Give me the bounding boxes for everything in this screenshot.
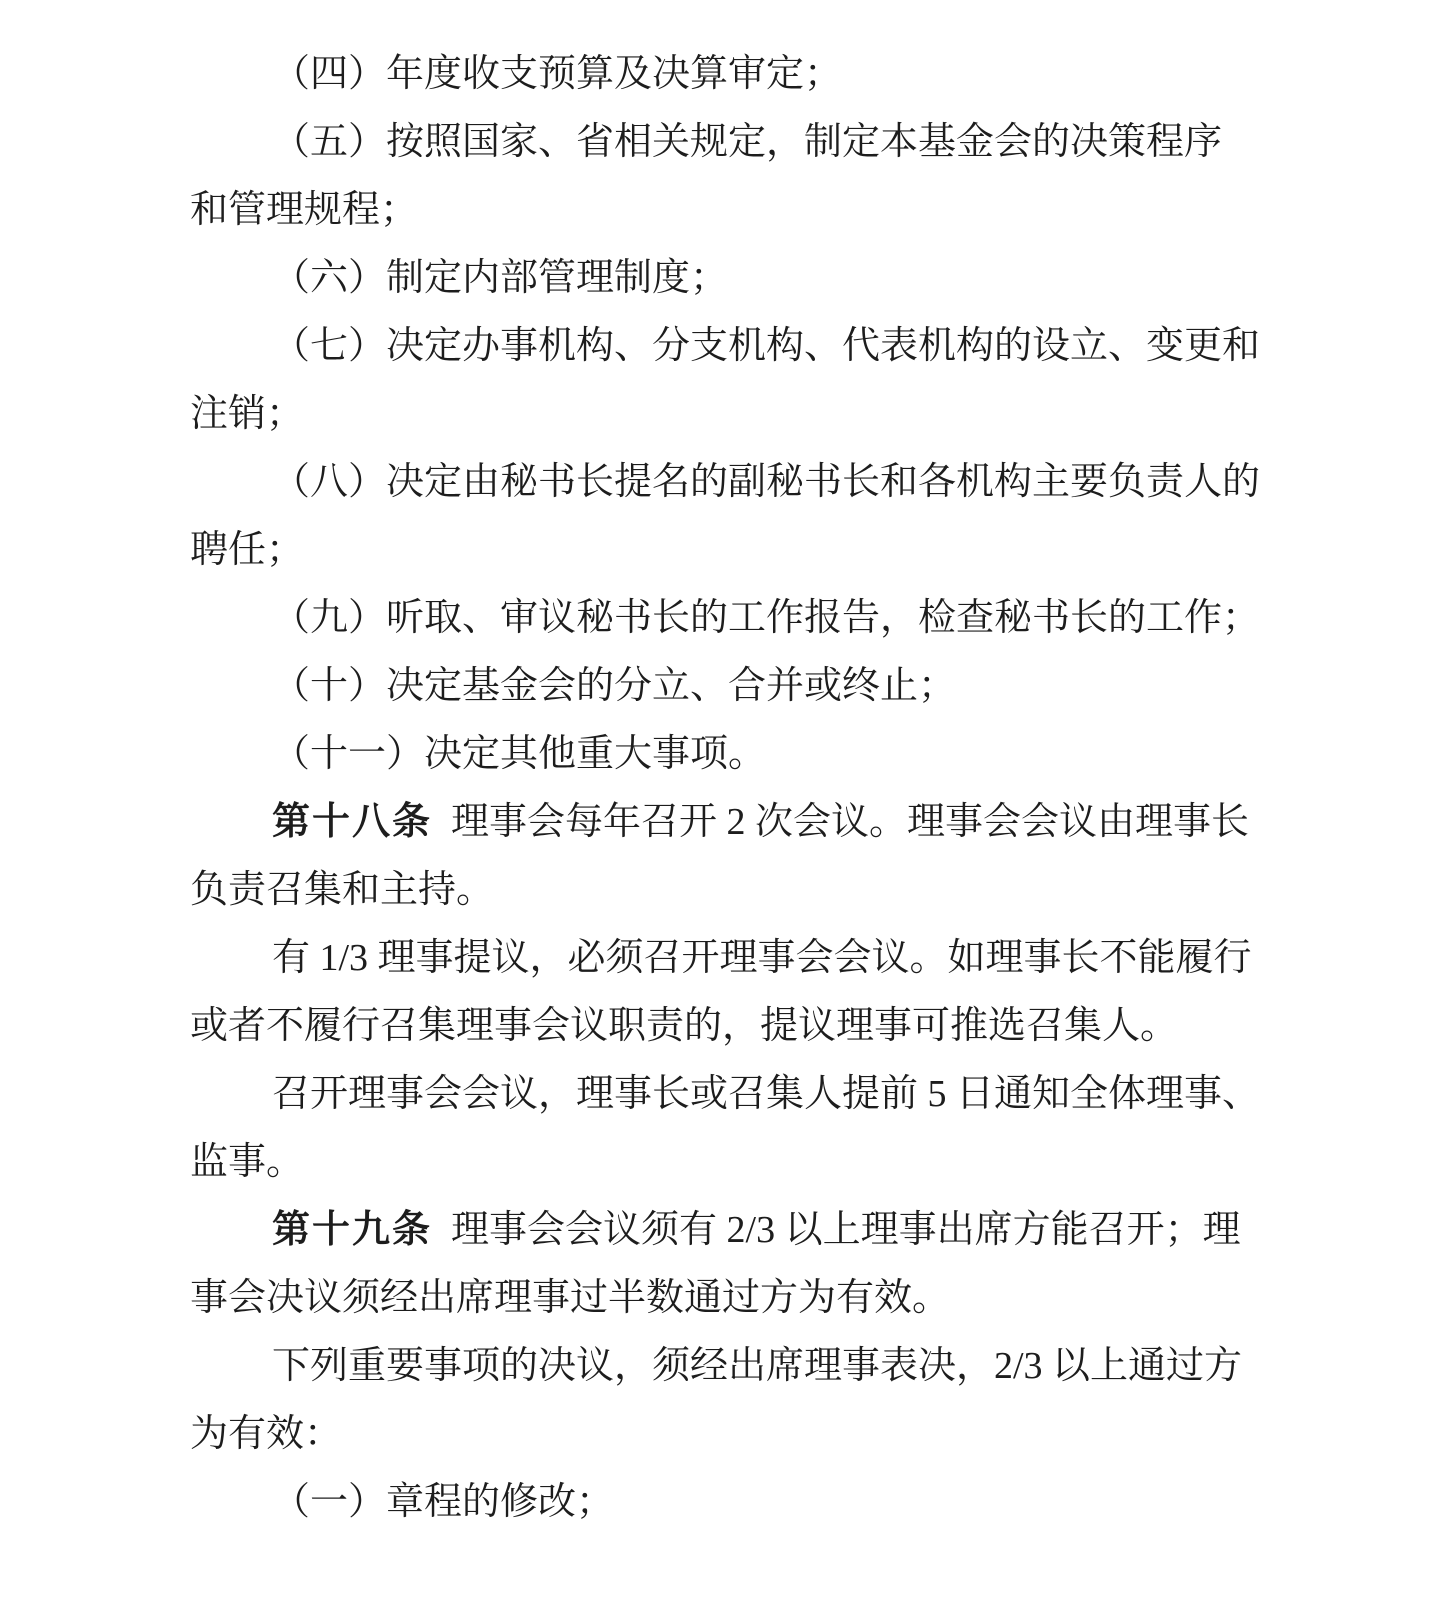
paragraph: （十）决定基金会的分立、合并或终止； (190, 652, 1252, 720)
paragraph: 第十八条理事会每年召开 2 次会议。理事会会议由理事长负责召集和主持。 (190, 788, 1252, 924)
line-text: 聘任； (190, 529, 304, 571)
paragraph: 下列重要事项的决议，须经出席理事表决，2/3 以上通过方为有效： (190, 1332, 1252, 1468)
paragraph: 第十九条理事会会议须有 2/3 以上理事出席方能召开；理事会决议须经出席理事过半… (190, 1196, 1252, 1332)
paragraph: （七）决定办事机构、分支机构、代表机构的设立、变更和注销； (190, 312, 1252, 448)
line-text: （九）听取、审议秘书长的工作报告，检查秘书长的工作； (272, 597, 1260, 639)
document-line: 第十八条理事会每年召开 2 次会议。理事会会议由理事长 (190, 788, 1252, 856)
line-text: 下列重要事项的决议，须经出席理事表决，2/3 以上通过方 (272, 1345, 1242, 1387)
paragraph: （六）制定内部管理制度； (190, 244, 1252, 312)
document-line: 和管理规程； (190, 176, 1252, 244)
document-page: （四）年度收支预算及决算审定；（五）按照国家、省相关规定，制定本基金会的决策程序… (0, 0, 1437, 1600)
line-text: （一）章程的修改； (272, 1481, 614, 1523)
document-line: （七）决定办事机构、分支机构、代表机构的设立、变更和 (190, 312, 1252, 380)
document-line: 注销； (190, 380, 1252, 448)
document-line: 或者不履行召集理事会议职责的，提议理事可推选召集人。 (190, 992, 1252, 1060)
document-line: （一）章程的修改； (190, 1468, 1252, 1536)
paragraph: （四）年度收支预算及决算审定； (190, 40, 1252, 108)
line-text: 监事。 (190, 1141, 304, 1183)
line-text: 召开理事会会议，理事长或召集人提前 5 日通知全体理事、 (272, 1073, 1260, 1115)
line-text: （八）决定由秘书长提名的副秘书长和各机构主要负责人的 (272, 461, 1260, 503)
line-text: （十一）决定其他重大事项。 (272, 733, 766, 775)
line-text: 负责召集和主持。 (190, 869, 494, 911)
line-text: （六）制定内部管理制度； (272, 257, 728, 299)
document-line: 为有效： (190, 1400, 1252, 1468)
document-line: 聘任； (190, 516, 1252, 584)
paragraph: （九）听取、审议秘书长的工作报告，检查秘书长的工作； (190, 584, 1252, 652)
line-text: 或者不履行召集理事会议职责的，提议理事可推选召集人。 (190, 1005, 1178, 1047)
document-line: 下列重要事项的决议，须经出席理事表决，2/3 以上通过方 (190, 1332, 1252, 1400)
line-text: 注销； (190, 393, 304, 435)
article-number: 第十八条 (272, 801, 432, 843)
document-line: （六）制定内部管理制度； (190, 244, 1252, 312)
paragraph: （五）按照国家、省相关规定，制定本基金会的决策程序和管理规程； (190, 108, 1252, 244)
paragraph: 召开理事会会议，理事长或召集人提前 5 日通知全体理事、监事。 (190, 1060, 1252, 1196)
line-text: 为有效： (190, 1413, 342, 1455)
line-text: 事会决议须经出席理事过半数通过方为有效。 (190, 1277, 950, 1319)
document-line: （四）年度收支预算及决算审定； (190, 40, 1252, 108)
document-line: 负责召集和主持。 (190, 856, 1252, 924)
document-line: （十）决定基金会的分立、合并或终止； (190, 652, 1252, 720)
document-line: （八）决定由秘书长提名的副秘书长和各机构主要负责人的 (190, 448, 1252, 516)
line-text: （七）决定办事机构、分支机构、代表机构的设立、变更和 (272, 325, 1260, 367)
line-text: 理事会会议须有 2/3 以上理事出席方能召开；理 (451, 1209, 1241, 1251)
document-line: （十一）决定其他重大事项。 (190, 720, 1252, 788)
line-text: （十）决定基金会的分立、合并或终止； (272, 665, 956, 707)
document-line: 第十九条理事会会议须有 2/3 以上理事出席方能召开；理 (190, 1196, 1252, 1264)
document-text: （四）年度收支预算及决算审定；（五）按照国家、省相关规定，制定本基金会的决策程序… (190, 40, 1252, 1536)
line-text: （五）按照国家、省相关规定，制定本基金会的决策程序 (272, 121, 1222, 163)
line-text: 理事会每年召开 2 次会议。理事会会议由理事长 (451, 801, 1249, 843)
document-line: 有 1/3 理事提议，必须召开理事会会议。如理事长不能履行 (190, 924, 1252, 992)
line-text: 有 1/3 理事提议，必须召开理事会会议。如理事长不能履行 (272, 937, 1252, 979)
paragraph: （十一）决定其他重大事项。 (190, 720, 1252, 788)
paragraph: 有 1/3 理事提议，必须召开理事会会议。如理事长不能履行或者不履行召集理事会议… (190, 924, 1252, 1060)
article-number: 第十九条 (272, 1209, 432, 1251)
document-line: （五）按照国家、省相关规定，制定本基金会的决策程序 (190, 108, 1252, 176)
paragraph: （一）章程的修改； (190, 1468, 1252, 1536)
document-line: 召开理事会会议，理事长或召集人提前 5 日通知全体理事、 (190, 1060, 1252, 1128)
paragraph: （八）决定由秘书长提名的副秘书长和各机构主要负责人的聘任； (190, 448, 1252, 584)
line-text: 和管理规程； (190, 189, 418, 231)
document-line: 事会决议须经出席理事过半数通过方为有效。 (190, 1264, 1252, 1332)
document-line: 监事。 (190, 1128, 1252, 1196)
line-text: （四）年度收支预算及决算审定； (272, 53, 842, 95)
document-line: （九）听取、审议秘书长的工作报告，检查秘书长的工作； (190, 584, 1252, 652)
